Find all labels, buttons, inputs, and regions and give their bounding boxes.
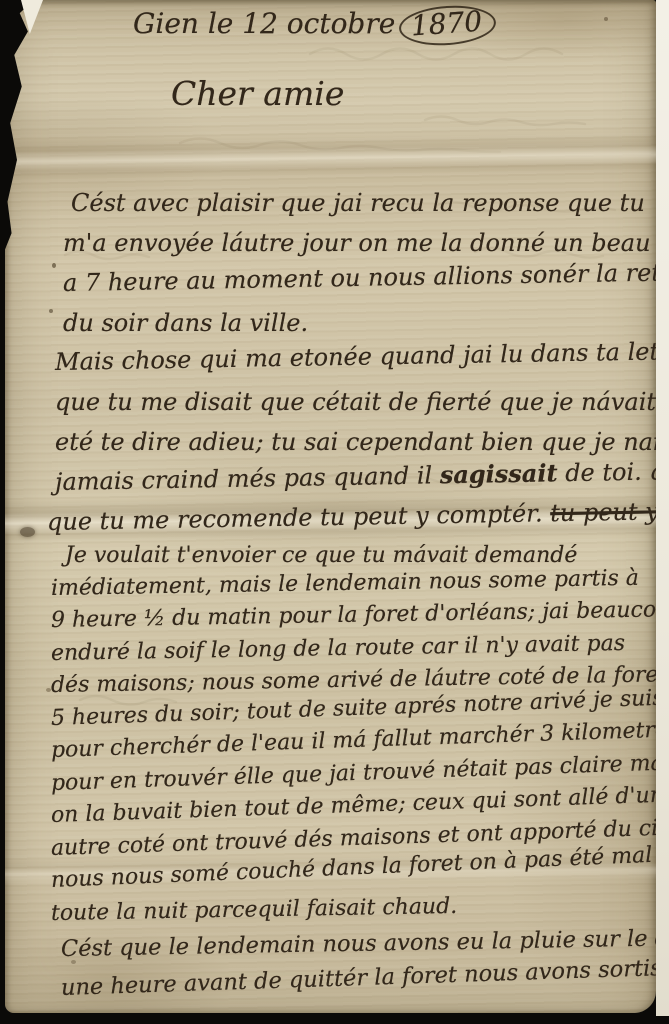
paragraph-1: Cést avec plaisir que jai recu la repons… <box>63 183 656 343</box>
scan-edge-strip <box>656 0 669 1016</box>
letter-line: Cést avec plaisir que jai recu la repons… <box>71 183 656 223</box>
line-text: de toi. quand à ce <box>557 455 656 487</box>
line-text: jamais craind més pas quand il <box>55 461 440 496</box>
date-line: Gien le 12 octobre1870 <box>133 6 497 45</box>
date-text: Gien le 12 octobre <box>133 7 395 40</box>
paragraph-3: Je voulait t'envoier ce que tu mávait de… <box>51 540 656 930</box>
struck-text: tu peut y compter <box>550 495 656 527</box>
salutation: Cher amie <box>171 74 344 113</box>
ink-speck <box>604 17 608 21</box>
date-year-circled: 1870 <box>398 3 498 49</box>
letter-paper: Gien le 12 octobre1870 Cher amie Cést av… <box>5 0 656 1013</box>
paragraph-2: Mais chose qui ma etonée quand jai lu da… <box>55 342 656 542</box>
paper-hole <box>20 527 35 537</box>
ink-speck <box>52 263 56 268</box>
line-text: que tu me recomende tu peut y comptér. <box>47 499 551 536</box>
ink-speck <box>49 309 53 313</box>
emphasized-word: sagissait <box>440 458 558 489</box>
paragraph-4: Cést que le lendemain nous avons eu la p… <box>61 930 656 1008</box>
letter-line: que tu me disait que cétait de fierté qu… <box>55 382 656 422</box>
letter-photograph: Gien le 12 octobre1870 Cher amie Cést av… <box>0 0 669 1024</box>
